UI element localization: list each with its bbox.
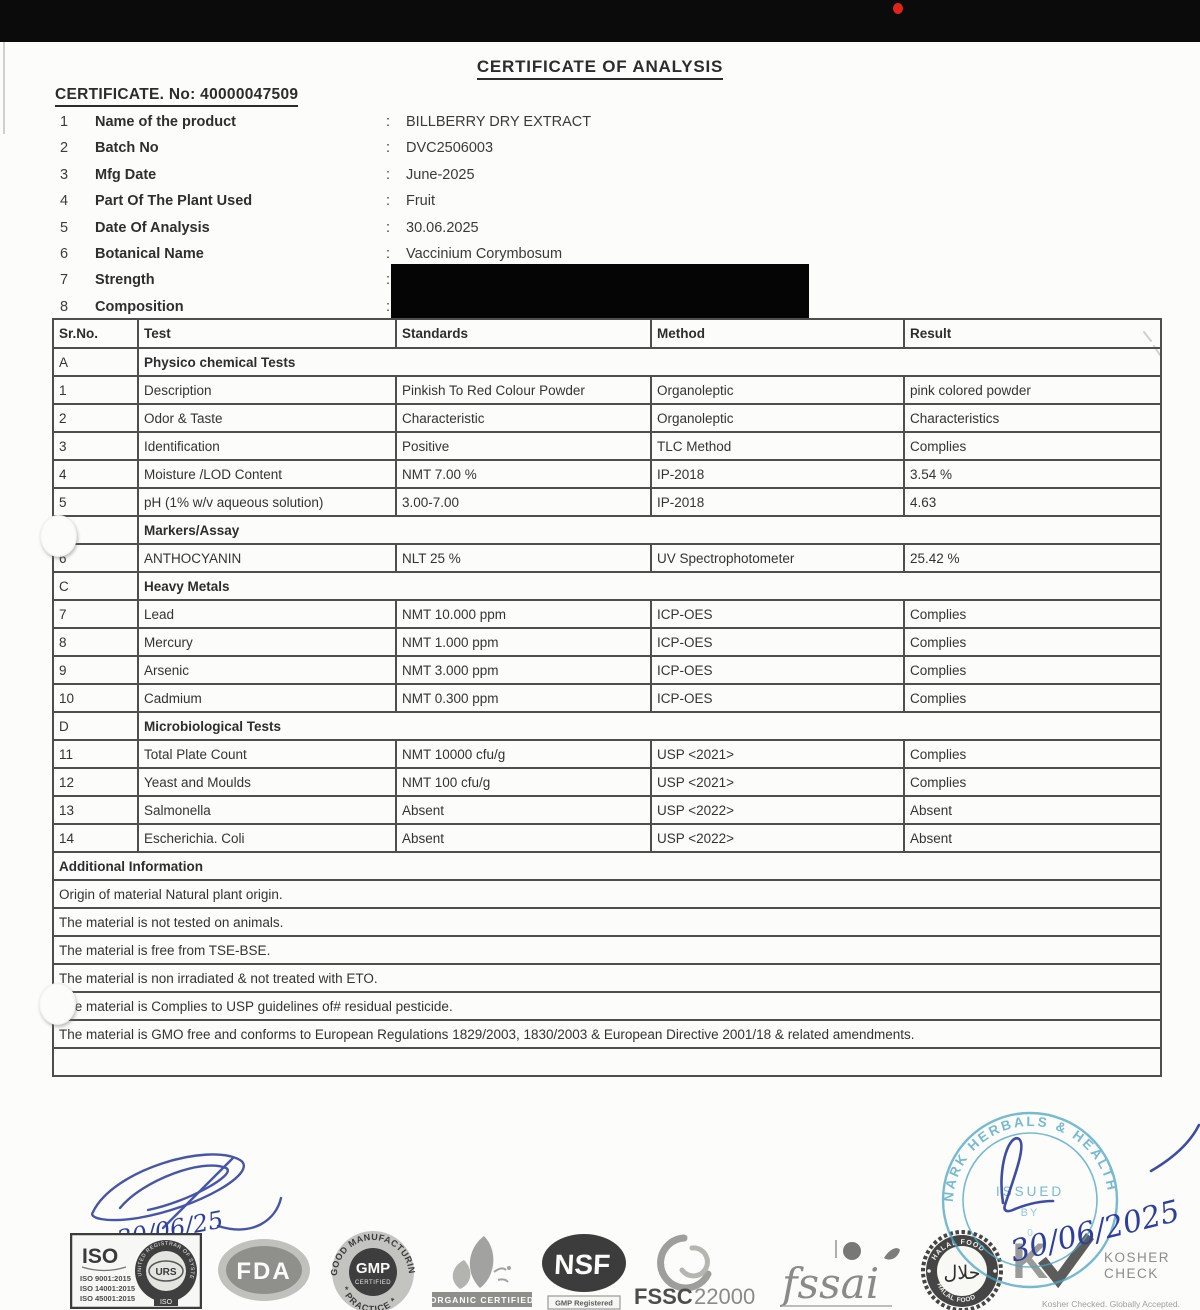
table-section-row: Additional Information (53, 852, 1161, 880)
table-row: 10CadmiumNMT 0.300 ppmICP-OESComplies (53, 684, 1161, 712)
field-no: 2 (60, 140, 68, 156)
column-header-method: Method (651, 319, 904, 348)
cell-test: Yeast and Moulds (138, 768, 396, 796)
cell-standards: NMT 10.000 ppm (396, 600, 651, 628)
cell-result: Complies (904, 600, 1161, 628)
cell-no: 5 (53, 488, 138, 516)
cell-standards: NMT 100 cfu/g (396, 768, 651, 796)
column-header-test: Test (138, 319, 396, 348)
fssc-name: FSSC (634, 1284, 693, 1309)
field-row: 1Name of the product:BILLBERRY DRY EXTRA… (0, 111, 1200, 137)
section-title: Heavy Metals (138, 572, 1161, 600)
cell-test: Identification (138, 432, 396, 460)
field-colon: : (386, 140, 390, 156)
field-row: 5Date Of Analysis:30.06.2025 (0, 217, 1200, 243)
cell-method: USP <2021> (651, 740, 904, 768)
fssai-logo-text: fssai (780, 1259, 879, 1308)
table-row: 3IdentificationPositiveTLC MethodComplie… (53, 432, 1161, 460)
table-section-row: The material is non irradiated & not tre… (53, 964, 1161, 992)
cell-test: Total Plate Count (138, 740, 396, 768)
section-title: Physico chemical Tests (138, 348, 1161, 376)
field-label: Composition (95, 299, 184, 315)
cell-result: Complies (904, 684, 1161, 712)
table-section-row: Origin of material Natural plant origin. (53, 880, 1161, 908)
cell-method: Organoleptic (651, 404, 904, 432)
table-section-row: BMarkers/Assay (53, 516, 1161, 544)
table-section-row (53, 1048, 1161, 1076)
cell-standards: NMT 0.300 ppm (396, 684, 651, 712)
table-row: 7LeadNMT 10.000 ppmICP-OESComplies (53, 600, 1161, 628)
field-no: 3 (60, 167, 68, 183)
column-header-result: Result (904, 319, 1161, 348)
table-section-row: The material is not tested on animals. (53, 908, 1161, 936)
field-colon: : (386, 220, 390, 236)
table-section-row: The material is Complies to USP guidelin… (53, 992, 1161, 1020)
cell-standards: Pinkish To Red Colour Powder (396, 376, 651, 404)
scanner-black-strip (0, 0, 1200, 42)
field-no: 1 (60, 114, 68, 130)
iso-line-1: ISO 9001:2015 (80, 1274, 131, 1283)
cell-standards: Absent (396, 824, 651, 852)
cell-no: 9 (53, 656, 138, 684)
field-value: June-2025 (406, 167, 475, 183)
gmp-sub-text: CERTIFIED (355, 1280, 391, 1286)
cell-no: 13 (53, 796, 138, 824)
field-colon: : (386, 246, 390, 262)
field-no: 6 (60, 246, 68, 262)
field-value: BILLBERRY DRY EXTRACT (406, 114, 591, 130)
cell-test: Cadmium (138, 684, 396, 712)
table-row: 14Escherichia. ColiAbsentUSP <2022>Absen… (53, 824, 1161, 852)
field-colon: : (386, 193, 390, 209)
field-value: 30.06.2025 (406, 220, 479, 236)
cell-no: C (53, 572, 138, 600)
table-section-row: The material is GMO free and conforms to… (53, 1020, 1161, 1048)
column-header-standards: Standards (396, 319, 651, 348)
section-title: Markers/Assay (138, 516, 1161, 544)
cell-no: 7 (53, 600, 138, 628)
info-cell: The material is GMO free and conforms to… (53, 1020, 1161, 1048)
cell-method: ICP-OES (651, 656, 904, 684)
field-colon: : (386, 167, 390, 183)
table-section-row: The material is free from TSE-BSE. (53, 936, 1161, 964)
section-title: Microbiological Tests (138, 712, 1161, 740)
cell-result: 4.63 (904, 488, 1161, 516)
punch-hole-bottom (39, 983, 76, 1025)
table-row: 6ANTHOCYANINNLT 25 %UV Spectrophotometer… (53, 544, 1161, 572)
column-header-srno: Sr.No. (53, 319, 138, 348)
cell-method: Organoleptic (651, 376, 904, 404)
field-value: Fruit (406, 193, 435, 209)
cell-no: D (53, 712, 138, 740)
iso-line-2: ISO 14001:2015 (80, 1284, 135, 1293)
field-label: Part Of The Plant Used (95, 193, 252, 209)
table-row: 5pH (1% w/v aqueous solution)3.00-7.00IP… (53, 488, 1161, 516)
cell-result: Complies (904, 740, 1161, 768)
cell-result: Absent (904, 824, 1161, 852)
organic-certified-badge: ORGANIC CERTIFIED (432, 1232, 532, 1310)
field-value: DVC2506003 (406, 140, 493, 156)
leaf-icon (470, 1236, 494, 1288)
redaction-box (391, 264, 809, 318)
cell-method: UV Spectrophotometer (651, 544, 904, 572)
cell-method: ICP-OES (651, 628, 904, 656)
fda-logo-text: FDA (236, 1258, 291, 1285)
organic-label: ORGANIC CERTIFIED (432, 1295, 532, 1305)
field-label: Strength (95, 272, 155, 288)
table-row: 4Moisture /LOD ContentNMT 7.00 %IP-20183… (53, 460, 1161, 488)
cell-result: Absent (904, 796, 1161, 824)
certificate-page: CERTIFICATE OF ANALYSIS CERTIFICATE. No:… (0, 0, 1200, 1310)
kosher-tagline: Kosher Checked. Globally Accepted. (1042, 1299, 1180, 1309)
page-title-text: CERTIFICATE OF ANALYSIS (477, 57, 723, 80)
cell-no: A (53, 348, 138, 376)
nsf-sub-text: GMP Registered (555, 1299, 613, 1308)
fssc-number: 22000 (694, 1284, 755, 1309)
punch-hole-top (40, 515, 77, 557)
field-label: Name of the product (95, 114, 236, 130)
urs-center-text: URS (155, 1267, 176, 1278)
table-row: 2Odor & TasteCharacteristicOrganolepticC… (53, 404, 1161, 432)
red-dot-indicator (893, 3, 903, 14)
cell-no: 12 (53, 768, 138, 796)
field-no: 8 (60, 299, 68, 315)
cell-method: TLC Method (651, 432, 904, 460)
field-row: 4Part Of The Plant Used:Fruit (0, 190, 1200, 216)
cell-no: 3 (53, 432, 138, 460)
cell-standards: NMT 3.000 ppm (396, 656, 651, 684)
nsf-logo-text: NSF (554, 1249, 612, 1280)
cell-method: USP <2022> (651, 824, 904, 852)
cell-standards: NMT 10000 cfu/g (396, 740, 651, 768)
cell-test: Mercury (138, 628, 396, 656)
cell-standards: NLT 25 % (396, 544, 651, 572)
cell-no: 11 (53, 740, 138, 768)
cell-test: Description (138, 376, 396, 404)
cell-no: 1 (53, 376, 138, 404)
table-header-row: Sr.No. Test Standards Method Result (53, 319, 1161, 348)
field-label: Date Of Analysis (95, 220, 210, 236)
info-cell: The material is not tested on animals. (53, 908, 1161, 936)
cell-test: Moisture /LOD Content (138, 460, 396, 488)
nsf-badge: NSF GMP Registered (540, 1232, 632, 1310)
cell-method: IP-2018 (651, 488, 904, 516)
table-row: 12Yeast and MouldsNMT 100 cfu/gUSP <2021… (53, 768, 1161, 796)
table-row: 9ArsenicNMT 3.000 ppmICP-OESComplies (53, 656, 1161, 684)
empty-cell (53, 1048, 1161, 1076)
table-section-row: DMicrobiological Tests (53, 712, 1161, 740)
urs-bottom-text: ISO (160, 1299, 173, 1306)
field-colon: : (386, 114, 390, 130)
cell-test: pH (1% w/v aqueous solution) (138, 488, 396, 516)
cell-method: USP <2022> (651, 796, 904, 824)
info-cell: Additional Information (53, 852, 1161, 880)
table-row: 8MercuryNMT 1.000 ppmICP-OESComplies (53, 628, 1161, 656)
iso-urs-badge: ISO ISO 9001:2015 ISO 14001:2015 ISO 450… (70, 1233, 202, 1309)
cell-no: 14 (53, 824, 138, 852)
cell-result: 25.42 % (904, 544, 1161, 572)
fssc-22000-badge: FSSC 22000 (634, 1230, 774, 1310)
table-row: 13SalmonellaAbsentUSP <2022>Absent (53, 796, 1161, 824)
cell-result: Complies (904, 768, 1161, 796)
cell-test: Odor & Taste (138, 404, 396, 432)
certificate-number: CERTIFICATE. No: 40000047509 (55, 86, 298, 107)
cell-result: pink colored powder (904, 376, 1161, 404)
page-title: CERTIFICATE OF ANALYSIS (0, 57, 1200, 80)
fssai-badge: fssai (780, 1238, 902, 1310)
cell-standards: Positive (396, 432, 651, 460)
table-row: 1DescriptionPinkish To Red Colour Powder… (53, 376, 1161, 404)
signature-left: 30/06/25 (68, 1140, 358, 1245)
cell-test: Escherichia. Coli (138, 824, 396, 852)
info-cell: The material is non irradiated & not tre… (53, 964, 1161, 992)
field-value: Vaccinium Corymbosum (406, 246, 562, 262)
cell-test: Lead (138, 600, 396, 628)
field-no: 5 (60, 220, 68, 236)
cell-standards: NMT 1.000 ppm (396, 628, 651, 656)
cell-result: Complies (904, 432, 1161, 460)
table-section-row: APhysico chemical Tests (53, 348, 1161, 376)
cell-result: 3.54 % (904, 460, 1161, 488)
cell-test: Salmonella (138, 796, 396, 824)
field-colon: : (386, 299, 390, 315)
info-cell: The material is free from TSE-BSE. (53, 936, 1161, 964)
field-label: Batch No (95, 140, 159, 156)
table-row: 11Total Plate CountNMT 10000 cfu/gUSP <2… (53, 740, 1161, 768)
fda-badge: FDA (216, 1237, 312, 1303)
cell-method: IP-2018 (651, 460, 904, 488)
field-label: Botanical Name (95, 246, 204, 262)
field-row: 3Mfg Date:June-2025 (0, 164, 1200, 190)
gmp-center-text: GMP (356, 1260, 390, 1277)
cell-result: Complies (904, 628, 1161, 656)
cell-result: Complies (904, 656, 1161, 684)
cell-no: 4 (53, 460, 138, 488)
info-cell: The material is Complies to USP guidelin… (53, 992, 1161, 1020)
coa-table-body: APhysico chemical Tests1DescriptionPinki… (53, 348, 1161, 1076)
iso-logo-text: ISO (82, 1245, 118, 1268)
cell-method: ICP-OES (651, 600, 904, 628)
cell-no: 8 (53, 628, 138, 656)
field-colon: : (386, 272, 390, 288)
cell-no: 10 (53, 684, 138, 712)
field-row: 2Batch No:DVC2506003 (0, 137, 1200, 163)
cell-method: ICP-OES (651, 684, 904, 712)
gmp-badge: GOOD MANUFACTURING * PRACTICE * GMP CERT… (324, 1228, 422, 1310)
table-section-row: CHeavy Metals (53, 572, 1161, 600)
field-no: 7 (60, 272, 68, 288)
cell-standards: Characteristic (396, 404, 651, 432)
field-no: 4 (60, 193, 68, 209)
cell-test: ANTHOCYANIN (138, 544, 396, 572)
coa-table: Sr.No. Test Standards Method Result APhy… (52, 318, 1162, 1077)
field-label: Mfg Date (95, 167, 156, 183)
cell-result: Characteristics (904, 404, 1161, 432)
iso-line-3: ISO 45001:2015 (80, 1294, 135, 1303)
cell-standards: Absent (396, 796, 651, 824)
cell-standards: NMT 7.00 % (396, 460, 651, 488)
cell-standards: 3.00-7.00 (396, 488, 651, 516)
cell-method: USP <2021> (651, 768, 904, 796)
cell-no: 2 (53, 404, 138, 432)
signature-stamp: 30/06/2025 (955, 1105, 1200, 1265)
info-cell: Origin of material Natural plant origin. (53, 880, 1161, 908)
cell-test: Arsenic (138, 656, 396, 684)
